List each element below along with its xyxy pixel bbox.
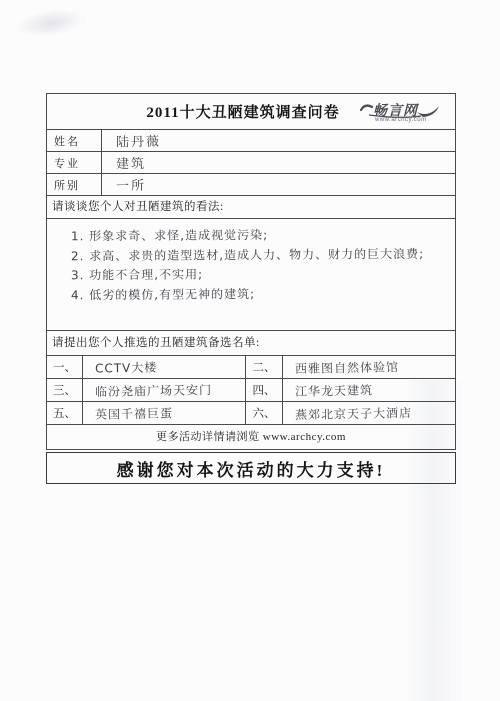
changyan-logo: 畅言网 www.archcy.com — [359, 99, 447, 126]
candidate-value-2: 西雅图自然体验馆 — [295, 358, 399, 377]
opinion-line-4: 4. 低劣的模仿,有型无神的建筑; — [71, 283, 447, 305]
field-row-name: 姓名 陆丹薇 — [47, 130, 455, 152]
department-handwritten-value: 一所 — [116, 175, 146, 195]
candidate-value-5: 英国千禧巨蛋 — [95, 404, 173, 422]
candidates-row-3: 五、 英国千禧巨蛋 六、 燕郊北京天子大酒店 — [47, 402, 455, 425]
department-label: 所别 — [47, 174, 102, 195]
scanned-questionnaire-page: 2011十大丑陋建筑调查问卷 畅言网 www.archcy.com 姓名 陆丹薇… — [0, 0, 500, 701]
candidate-number-3: 三、 — [47, 379, 83, 401]
opinion-line-3: 3. 功能不合理,不实用; — [71, 264, 447, 286]
major-label: 专业 — [47, 152, 102, 173]
opinion-answer-box: 1. 形象求奇、求怪,造成视觉污染; 2. 求高、求贵的造型选材,造成人力、物力… — [47, 219, 455, 331]
opinion-prompt: 请谈谈您个人对丑陋建筑的看法: — [47, 196, 455, 219]
opinion-line-2: 2. 求高、求贵的造型选材,造成人力、物力、财力的巨大浪费; — [71, 244, 447, 266]
opinion-line-1: 1. 形象求奇、求怪,造成视觉污染; — [71, 225, 447, 247]
candidate-number-4: 四、 — [246, 379, 283, 401]
field-row-department: 所别 一所 — [47, 174, 455, 196]
thanks-box: 感谢您对本次活动的大力支持! — [46, 452, 456, 484]
candidates-row-2: 三、 临汾尧庙广场天安门 四、 江华龙天建筑 — [47, 379, 455, 402]
candidate-cell-6: 燕郊北京天子大酒店 — [283, 402, 455, 424]
candidate-cell-1: CCTV大楼 — [83, 356, 246, 378]
name-label: 姓名 — [47, 130, 102, 151]
major-handwritten-value: 建筑 — [116, 153, 146, 173]
logo-url: www.archcy.com — [375, 117, 427, 123]
name-value-cell: 陆丹薇 — [102, 130, 455, 151]
form-title: 2011十大丑陋建筑调查问卷 — [146, 101, 339, 122]
more-info-line: 更多活动详情请浏览 www.archcy.com — [47, 425, 455, 449]
department-value-cell: 一所 — [102, 174, 455, 195]
candidate-number-5: 五、 — [47, 402, 83, 424]
candidate-number-6: 六、 — [246, 402, 283, 424]
candidates-prompt: 请提出您个人推选的丑陋建筑备选名单: — [47, 331, 455, 356]
field-row-major: 专业 建筑 — [47, 152, 455, 174]
candidate-cell-5: 英国千禧巨蛋 — [83, 402, 246, 424]
candidate-cell-2: 西雅图自然体验馆 — [283, 356, 455, 378]
candidate-cell-3: 临汾尧庙广场天安门 — [83, 379, 246, 401]
candidate-cell-4: 江华龙天建筑 — [283, 379, 455, 401]
candidate-number-1: 一、 — [47, 356, 83, 378]
title-row: 2011十大丑陋建筑调查问卷 畅言网 www.archcy.com — [47, 94, 455, 130]
name-handwritten-value: 陆丹薇 — [116, 131, 161, 151]
scan-smudge — [15, 5, 88, 40]
candidate-value-1: CCTV大楼 — [95, 358, 158, 376]
major-value-cell: 建筑 — [102, 152, 455, 173]
candidate-number-2: 二、 — [246, 356, 283, 378]
candidate-value-4: 江华龙天建筑 — [295, 381, 373, 399]
questionnaire-table: 2011十大丑陋建筑调查问卷 畅言网 www.archcy.com 姓名 陆丹薇… — [46, 93, 456, 450]
thanks-text: 感谢您对本次活动的大力支持! — [117, 456, 386, 481]
candidate-value-3: 临汾尧庙广场天安门 — [95, 380, 212, 399]
candidate-value-6: 燕郊北京天子大酒店 — [295, 403, 412, 422]
candidates-row-1: 一、 CCTV大楼 二、 西雅图自然体验馆 — [47, 356, 455, 379]
